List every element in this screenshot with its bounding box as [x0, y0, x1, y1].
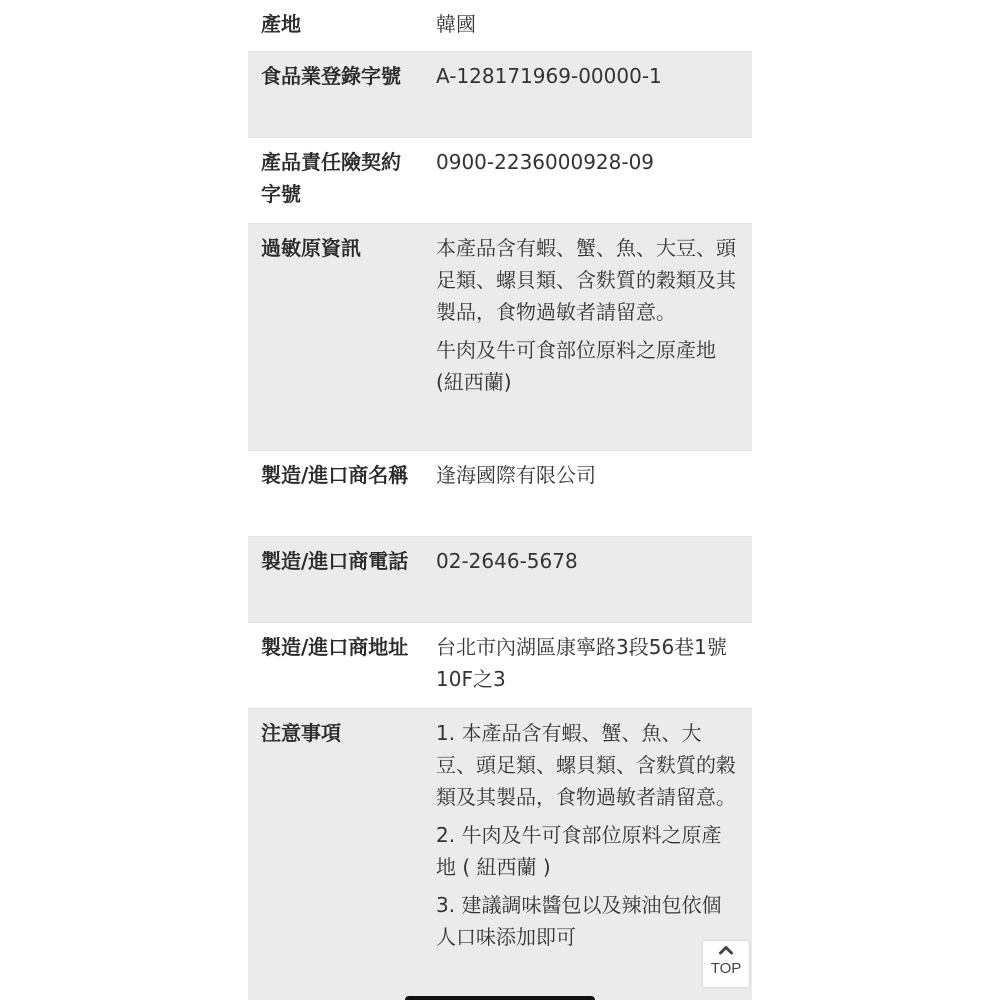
spec-row-allergen-info: 過敏原資訊 本產品含有蝦、蟹、魚、大豆、頭足類、螺貝類、含麩質的穀類及其製品，食…: [248, 223, 752, 450]
spec-label: 食品業登錄字號: [248, 52, 423, 137]
spec-row-manufacturer-name: 製造/進口商名稱 逢海國際有限公司: [248, 450, 752, 536]
spec-row-manufacturer-address: 製造/進口商地址 台北市內湖區康寧路3段56巷1號10F之3: [248, 622, 752, 708]
spec-label: 製造/進口商地址: [248, 623, 423, 708]
spec-value-text: 1. 本產品含有蝦、蟹、魚、大豆、頭足類、螺貝類、含麩質的穀類及其製品，食物過敏…: [436, 717, 738, 813]
back-to-top-label: TOP: [703, 959, 749, 979]
spec-row-manufacturer-phone: 製造/進口商電話 02-2646-5678: [248, 536, 752, 622]
spec-value-text: 2. 牛肉及牛可食部位原料之原產地 ( 紐西蘭 ): [436, 819, 738, 883]
spec-label: 過敏原資訊: [248, 224, 423, 450]
spec-value-text: 本產品含有蝦、蟹、魚、大豆、頭足類、螺貝類、含麩質的穀類及其製品，食物過敏者請留…: [436, 232, 738, 328]
spec-value-text: 3. 建議調味醬包以及辣油包依個人口味添加即可: [436, 889, 738, 953]
spec-row-food-business-registration: 食品業登錄字號 A-128171969-00000-1: [248, 51, 752, 137]
spec-value: 逢海國際有限公司: [423, 451, 752, 536]
spec-row-liability-insurance: 產品責任險契約字號 0900-2236000928-09: [248, 137, 752, 223]
spec-value: A-128171969-00000-1: [423, 52, 752, 137]
home-indicator-bar: [405, 996, 595, 1000]
spec-value: 本產品含有蝦、蟹、魚、大豆、頭足類、螺貝類、含麩質的穀類及其製品，食物過敏者請留…: [423, 224, 752, 450]
back-to-top-button[interactable]: TOP: [702, 940, 750, 988]
spec-value-text: 0900-2236000928-09: [436, 146, 738, 178]
chevron-up-icon: [703, 941, 749, 959]
spec-value: 韓國: [423, 0, 752, 51]
spec-label: 製造/進口商電話: [248, 537, 423, 622]
spec-label: 產地: [248, 0, 423, 51]
spec-value-text: 韓國: [436, 8, 738, 40]
spec-row-origin: 產地 韓國: [248, 0, 752, 51]
product-spec-table: 產地 韓國 食品業登錄字號 A-128171969-00000-1 產品責任險契…: [248, 0, 752, 1000]
product-spec-page: 產地 韓國 食品業登錄字號 A-128171969-00000-1 產品責任險契…: [0, 0, 1000, 1000]
spec-label: 製造/進口商名稱: [248, 451, 423, 536]
spec-row-notes: 注意事項 1. 本產品含有蝦、蟹、魚、大豆、頭足類、螺貝類、含麩質的穀類及其製品…: [248, 708, 752, 1000]
spec-value: 0900-2236000928-09: [423, 138, 752, 223]
spec-value-text: 逢海國際有限公司: [436, 459, 738, 491]
spec-label: 注意事項: [248, 709, 423, 1000]
spec-value-text: 台北市內湖區康寧路3段56巷1號10F之3: [436, 631, 738, 695]
spec-value-text: 牛肉及牛可食部位原料之原產地(紐西蘭): [436, 334, 738, 398]
spec-value-text: 02-2646-5678: [436, 545, 738, 577]
spec-value-text: A-128171969-00000-1: [436, 60, 738, 92]
spec-value: 02-2646-5678: [423, 537, 752, 622]
spec-value: 台北市內湖區康寧路3段56巷1號10F之3: [423, 623, 752, 708]
spec-label: 產品責任險契約字號: [248, 138, 423, 223]
